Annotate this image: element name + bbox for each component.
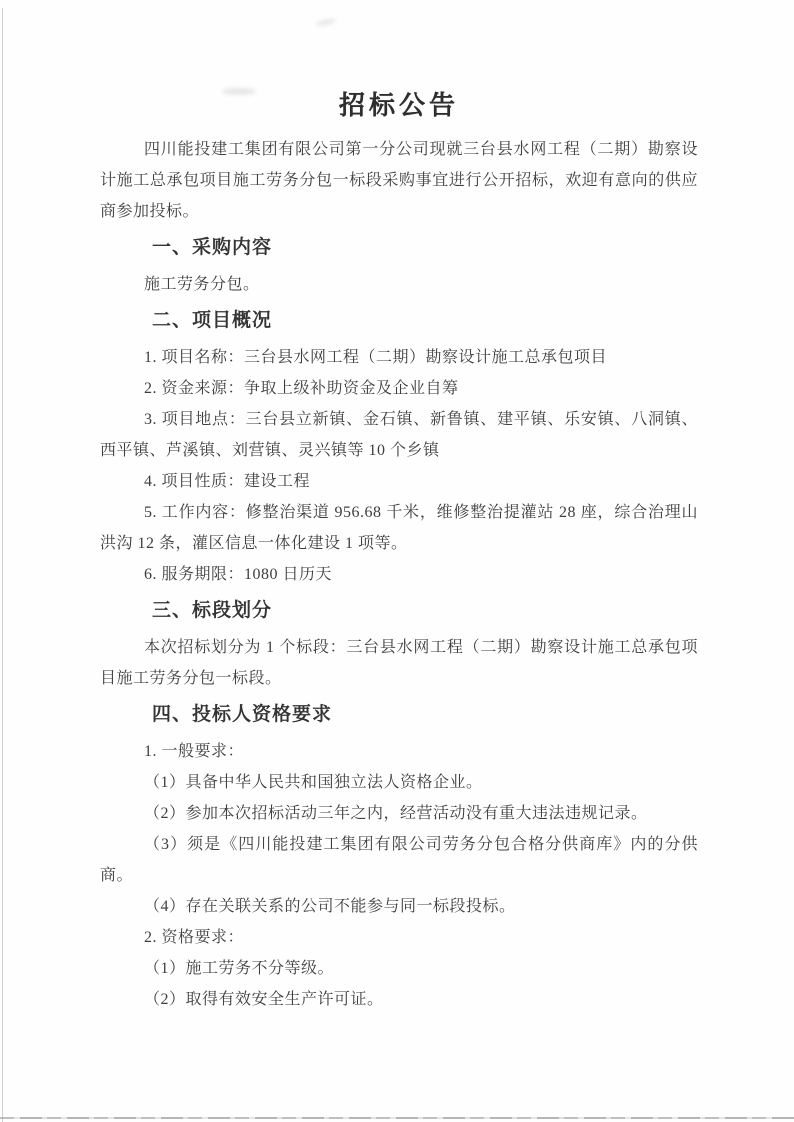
intro-paragraph: 四川能投建工集团有限公司第一分公司现就三台县水网工程（二期）勘察设计施工总承包项… bbox=[100, 134, 698, 227]
list-item-project-location: 3. 项目地点：三台县立新镇、金石镇、新鲁镇、建平镇、乐安镇、八洞镇、西平镇、芦… bbox=[100, 404, 698, 466]
list-item-qualification-requirements: 2. 资格要求： bbox=[100, 922, 698, 953]
scan-edge-bottom bbox=[0, 1117, 794, 1119]
section-heading-procurement-content: 一、采购内容 bbox=[152, 233, 698, 263]
list-item-project-nature: 4. 项目性质：建设工程 bbox=[100, 466, 698, 497]
list-item-project-name: 1. 项目名称：三台县水网工程（二期）勘察设计施工总承包项目 bbox=[100, 342, 698, 373]
list-item-funding-source: 2. 资金来源：争取上级补助资金及企业自筹 bbox=[100, 373, 698, 404]
document-page: 招标公告 四川能投建工集团有限公司第一分公司现就三台县水网工程（二期）勘察设计施… bbox=[0, 0, 794, 1122]
list-item-requirement-2: （2）参加本次招标活动三年之内，经营活动没有重大违法违规记录。 bbox=[100, 798, 698, 829]
section-heading-lot-division: 三、标段划分 bbox=[152, 596, 698, 626]
scan-edge-left bbox=[2, 8, 3, 1122]
document-content: 招标公告 四川能投建工集团有限公司第一分公司现就三台县水网工程（二期）勘察设计施… bbox=[0, 0, 794, 1015]
list-item-qualification-2: （2）取得有效安全生产许可证。 bbox=[100, 984, 698, 1015]
scan-smudge bbox=[222, 88, 256, 95]
paragraph: 施工劳务分包。 bbox=[100, 269, 698, 300]
section-heading-bidder-qualifications: 四、投标人资格要求 bbox=[152, 700, 698, 730]
list-item-requirement-1: （1）具备中华人民共和国独立法人资格企业。 bbox=[100, 767, 698, 798]
paragraph-lot-division: 本次招标划分为 1 个标段：三台县水网工程（二期）勘察设计施工总承包项目施工劳务… bbox=[100, 632, 698, 694]
list-item-requirement-4: （4）存在关联关系的公司不能参与同一标段投标。 bbox=[100, 891, 698, 922]
list-item-service-period: 6. 服务期限：1080 日历天 bbox=[100, 559, 698, 590]
section-heading-project-overview: 二、项目概况 bbox=[152, 306, 698, 336]
page-title: 招标公告 bbox=[100, 86, 698, 126]
list-item-general-requirements: 1. 一般要求： bbox=[100, 736, 698, 767]
list-item-work-content: 5. 工作内容：修整治渠道 956.68 千米，维修整治提灌站 28 座，综合治… bbox=[100, 497, 698, 559]
list-item-requirement-3: （3）须是《四川能投建工集团有限公司劳务分包合格分供商库》内的分供商。 bbox=[100, 829, 698, 891]
list-item-qualification-1: （1）施工劳务不分等级。 bbox=[100, 953, 698, 984]
